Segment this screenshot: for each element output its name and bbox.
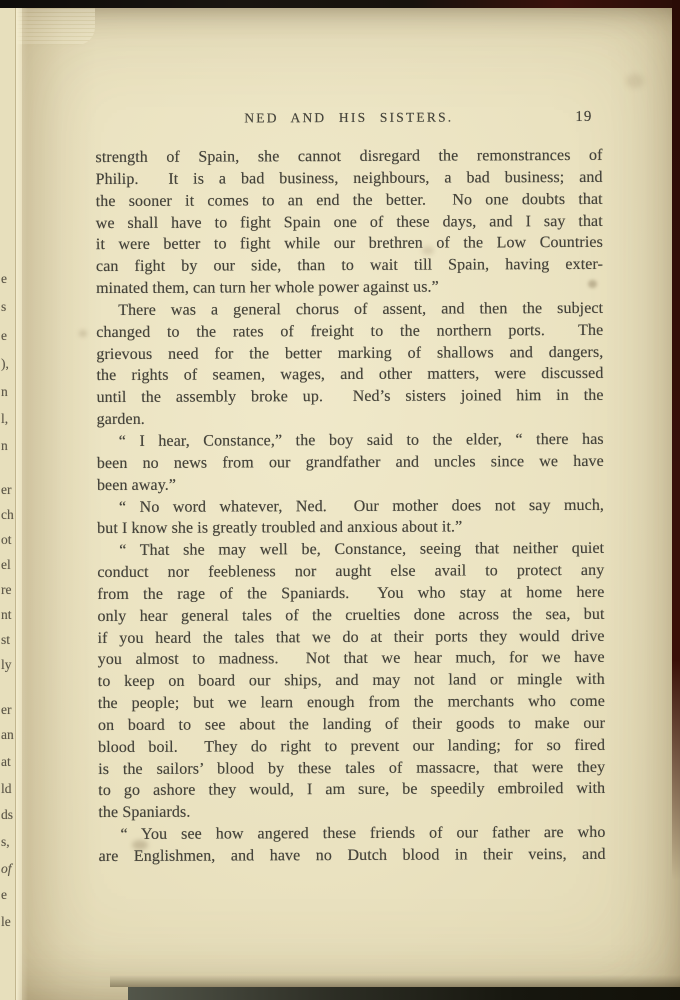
- text-line: from the rage of the Spaniards. You who …: [97, 582, 604, 606]
- text-line: it were better to fight while our brethr…: [96, 232, 603, 256]
- text-line: you almost to madness. Not that we hear …: [98, 647, 605, 671]
- text-line: “ You see how angered these friends of o…: [98, 822, 605, 846]
- text-line: “ No word whatever, Ned. Our mother does…: [97, 494, 604, 518]
- paragraph: strength of Spain, she cannot disregard …: [95, 145, 603, 300]
- page-content: NED AND HIS SISTERS. 19 strength of Spai…: [0, 0, 680, 1000]
- text-line: only hear general tales of the cruelties…: [97, 604, 604, 628]
- text-line: until the assembly broke up. Ned’s siste…: [97, 385, 604, 409]
- paragraph: There was a general chorus of assent, an…: [96, 298, 604, 431]
- text-line: changed to the rates of freight to the n…: [96, 320, 603, 344]
- text-line: conduct nor feebleness nor aught else av…: [97, 560, 604, 584]
- text-line: if you heard the tales that we do at the…: [98, 625, 605, 649]
- text-line: “ That she may well be, Constance, seein…: [97, 538, 604, 562]
- text-line: the rights of seamen, wages, and other m…: [96, 363, 603, 387]
- text-line: grievous need for the better marking of …: [96, 341, 603, 365]
- text-line: on board to see about the landing of the…: [98, 713, 605, 737]
- paragraph: “ No word whatever, Ned. Our mother does…: [97, 494, 604, 540]
- text-line: but I know she is greatly troubled and a…: [97, 516, 604, 540]
- page-number: 19: [575, 109, 592, 126]
- text-line: are Englishmen, and have no Dutch blood …: [99, 844, 606, 868]
- text-line: minated them, can turn her whole power a…: [96, 276, 603, 300]
- paragraph: “ You see how angered these friends of o…: [98, 822, 605, 868]
- text-line: the sooner it comes to an end the better…: [96, 189, 603, 213]
- text-line: been no news from our grandfather and un…: [97, 451, 604, 475]
- text-line: the people; but we learn enough from the…: [98, 691, 605, 715]
- text-line: we shall have to fight Spain one of thes…: [96, 210, 603, 234]
- page-header: NED AND HIS SISTERS. 19: [95, 109, 602, 131]
- text-line: can fight by our side, than to wait till…: [96, 254, 603, 278]
- text-line: Philip. It is a bad business, neighbours…: [96, 167, 603, 191]
- paragraph: “ That she may well be, Constance, seein…: [97, 538, 605, 824]
- text-line: been away.”: [97, 473, 604, 497]
- text-line: is the sailors’ blood by these tales of …: [98, 756, 605, 780]
- text-line: garden.: [97, 407, 604, 431]
- text-line: to go ashore they would, I am sure, be s…: [98, 778, 605, 802]
- text-line: There was a general chorus of assent, an…: [96, 298, 603, 322]
- running-title: NED AND HIS SISTERS.: [95, 109, 602, 127]
- text-line: the Spaniards.: [98, 800, 605, 824]
- text-line: strength of Spain, she cannot disregard …: [95, 145, 602, 169]
- text-line: “ I hear, Constance,” the boy said to th…: [97, 429, 604, 453]
- text-block: strength of Spain, she cannot disregard …: [95, 145, 605, 868]
- scanned-book-photo: ese),nl,nerchotelrentstlyeranatlddss,ofe…: [0, 0, 680, 1000]
- paragraph: “ I hear, Constance,” the boy said to th…: [97, 429, 604, 497]
- text-line: to keep on board our ships, and may not …: [98, 669, 605, 693]
- text-line: blood boil. They do right to prevent our…: [98, 735, 605, 759]
